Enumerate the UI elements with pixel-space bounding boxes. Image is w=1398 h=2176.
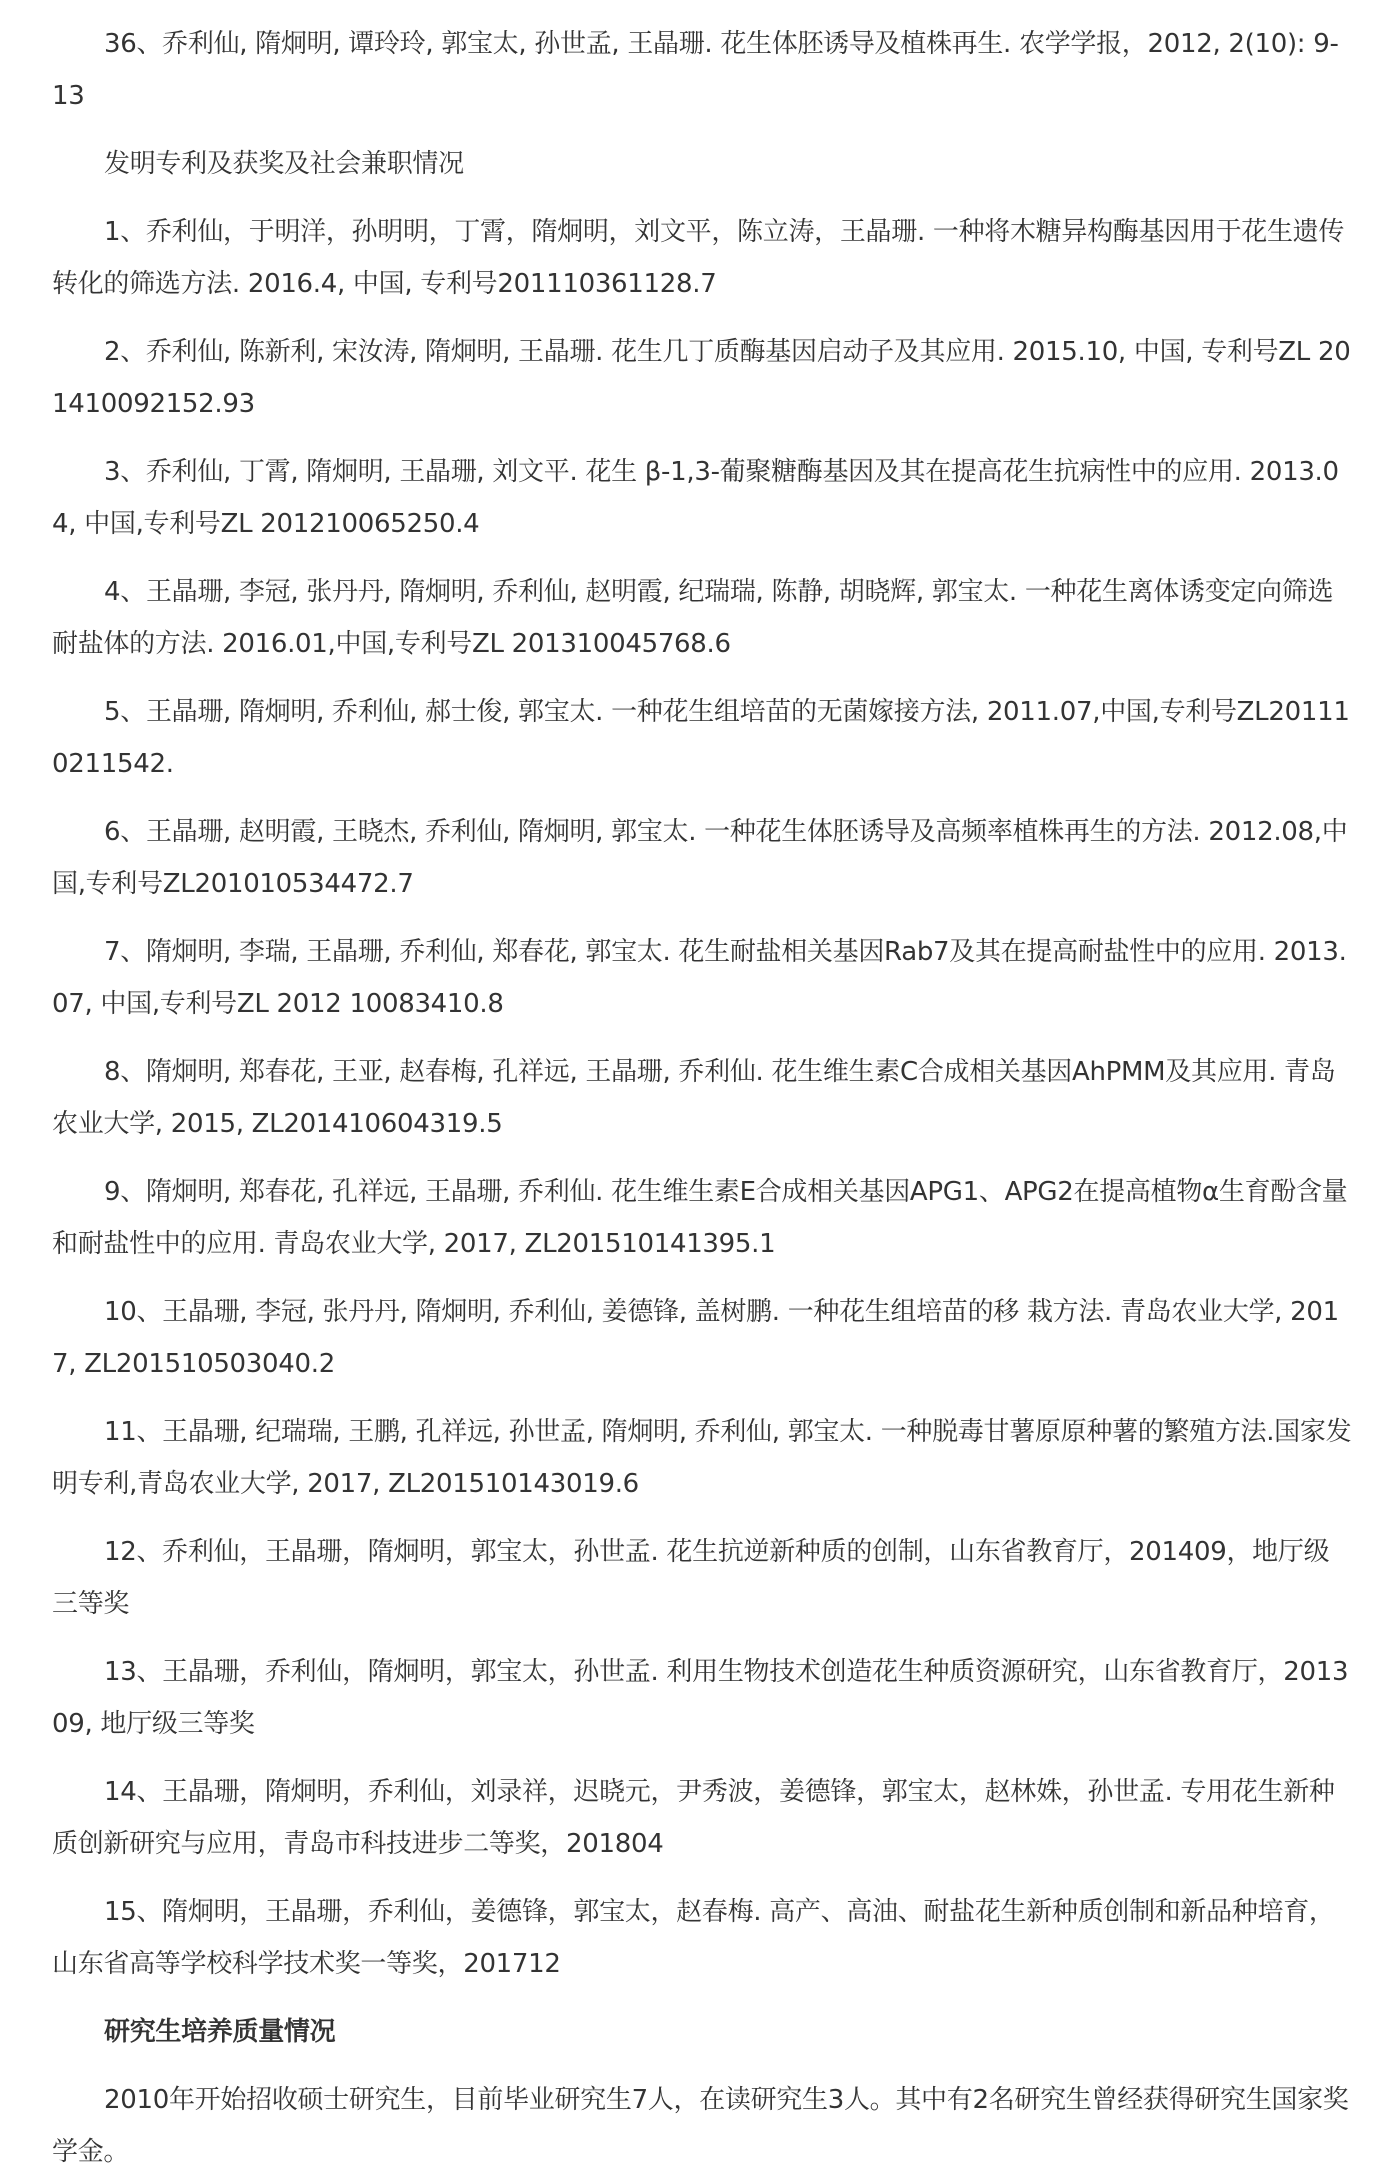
patent-item-3: 3、乔利仙, 丁霄, 隋炯明, 王晶珊, 刘文平. 花生 β-1,3-葡聚糖酶基…: [52, 446, 1354, 550]
award-item-15: 15、隋炯明，王晶珊，乔利仙，姜德锋，郭宝太，赵春梅. 高产、高油、耐盐花生新种…: [52, 1886, 1354, 1990]
award-item-14: 14、王晶珊，隋炯明，乔利仙，刘录祥，迟晓元，尹秀波，姜德锋，郭宝太，赵林姝，孙…: [52, 1766, 1354, 1870]
reference-36: 36、乔利仙, 隋炯明, 谭玲玲, 郭宝太, 孙世孟, 王晶珊. 花生体胚诱导及…: [52, 18, 1354, 122]
patent-item-7: 7、隋炯明, 李瑞, 王晶珊, 乔利仙, 郑春花, 郭宝太. 花生耐盐相关基因R…: [52, 926, 1354, 1030]
patent-item-8: 8、隋炯明, 郑春花, 王亚, 赵春梅, 孔祥远, 王晶珊, 乔利仙. 花生维生…: [52, 1046, 1354, 1150]
patent-item-9: 9、隋炯明, 郑春花, 孔祥远, 王晶珊, 乔利仙. 花生维生素E合成相关基因A…: [52, 1166, 1354, 1270]
patent-item-11: 11、王晶珊, 纪瑞瑞, 王鹏, 孔祥远, 孙世孟, 隋炯明, 乔利仙, 郭宝太…: [52, 1406, 1354, 1510]
patent-item-5: 5、王晶珊, 隋炯明, 乔利仙, 郝士俊, 郭宝太. 一种花生组培苗的无菌嫁接方…: [52, 686, 1354, 790]
patent-item-2: 2、乔利仙, 陈新利, 宋汝涛, 隋炯明, 王晶珊. 花生几丁质酶基因启动子及其…: [52, 326, 1354, 430]
section-heading-graduate-training: 研究生培养质量情况: [52, 2006, 1354, 2058]
graduate-summary-paragraph: 2010年开始招收硕士研究生，目前毕业研究生7人，在读研究生3人。其中有2名研究…: [52, 2074, 1354, 2176]
section-heading-patents-awards: 发明专利及获奖及社会兼职情况: [52, 138, 1354, 190]
patent-item-1: 1、乔利仙，于明洋，孙明明，丁霄，隋炯明，刘文平，陈立涛，王晶珊. 一种将木糖异…: [52, 206, 1354, 310]
patent-item-10: 10、王晶珊, 李冠, 张丹丹, 隋炯明, 乔利仙, 姜德锋, 盖树鹏. 一种花…: [52, 1286, 1354, 1390]
patent-item-6: 6、王晶珊, 赵明霞, 王晓杰, 乔利仙, 隋炯明, 郭宝太. 一种花生体胚诱导…: [52, 806, 1354, 910]
award-item-13: 13、王晶珊，乔利仙，隋炯明，郭宝太，孙世孟. 利用生物技术创造花生种质资源研究…: [52, 1646, 1354, 1750]
article-body: 36、乔利仙, 隋炯明, 谭玲玲, 郭宝太, 孙世孟, 王晶珊. 花生体胚诱导及…: [0, 0, 1398, 2176]
patent-item-4: 4、王晶珊, 李冠, 张丹丹, 隋炯明, 乔利仙, 赵明霞, 纪瑞瑞, 陈静, …: [52, 566, 1354, 670]
award-item-12: 12、乔利仙，王晶珊，隋炯明，郭宝太，孙世孟. 花生抗逆新种质的创制，山东省教育…: [52, 1526, 1354, 1630]
